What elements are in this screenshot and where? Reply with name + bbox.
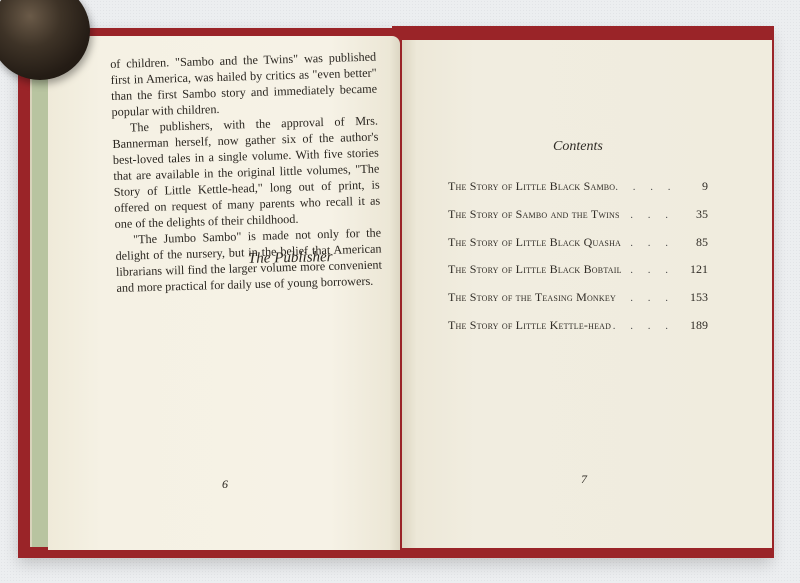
toc-title: The Story of Little Kettle-head	[448, 318, 611, 333]
toc-title: The Story of Little Black Bobtail	[448, 262, 622, 277]
toc-entry: The Story of Little Kettle-head . . . . …	[448, 318, 708, 346]
toc-leader: . . . .	[615, 181, 682, 193]
toc-leader: . . .	[622, 264, 682, 276]
paragraph: of children. "Sambo and the Twins" was p…	[110, 49, 378, 120]
toc-entry: The Story of Little Black Quasha . . . 8…	[448, 235, 708, 263]
toc-title: The Story of the Teasing Monkey	[448, 290, 616, 305]
toc-title: The Story of Little Black Sambo	[448, 179, 615, 194]
toc-title: The Story of Little Black Quasha	[448, 235, 621, 250]
table-of-contents: The Story of Little Black Sambo . . . . …	[448, 179, 708, 346]
toc-title: The Story of Sambo and the Twins	[448, 207, 620, 222]
toc-entry: The Story of Little Black Sambo . . . . …	[448, 179, 708, 207]
toc-page: 153	[682, 290, 708, 305]
publisher-signature: The Publisher	[248, 249, 333, 268]
paragraph: The publishers, with the approval of Mrs…	[112, 113, 381, 232]
toc-leader: . . .	[621, 237, 682, 249]
toc-entry: The Story of Little Black Bobtail . . . …	[448, 262, 708, 290]
contents-heading: Contents	[553, 139, 603, 155]
publisher-note: of children. "Sambo and the Twins" was p…	[110, 49, 383, 296]
toc-page: 9	[682, 179, 708, 194]
page-number-right: 7	[581, 472, 587, 487]
page-number-left: 6	[222, 477, 228, 492]
toc-page: 35	[682, 207, 708, 222]
toc-leader: . . . .	[611, 320, 682, 332]
toc-page: 85	[682, 235, 708, 250]
toc-leader: . . .	[616, 292, 682, 304]
toc-page: 121	[682, 262, 708, 277]
toc-leader: . . .	[620, 209, 682, 221]
toc-entry: The Story of the Teasing Monkey . . . 15…	[448, 290, 708, 318]
toc-page: 189	[682, 318, 708, 333]
toc-entry: The Story of Sambo and the Twins . . . 3…	[448, 207, 708, 235]
